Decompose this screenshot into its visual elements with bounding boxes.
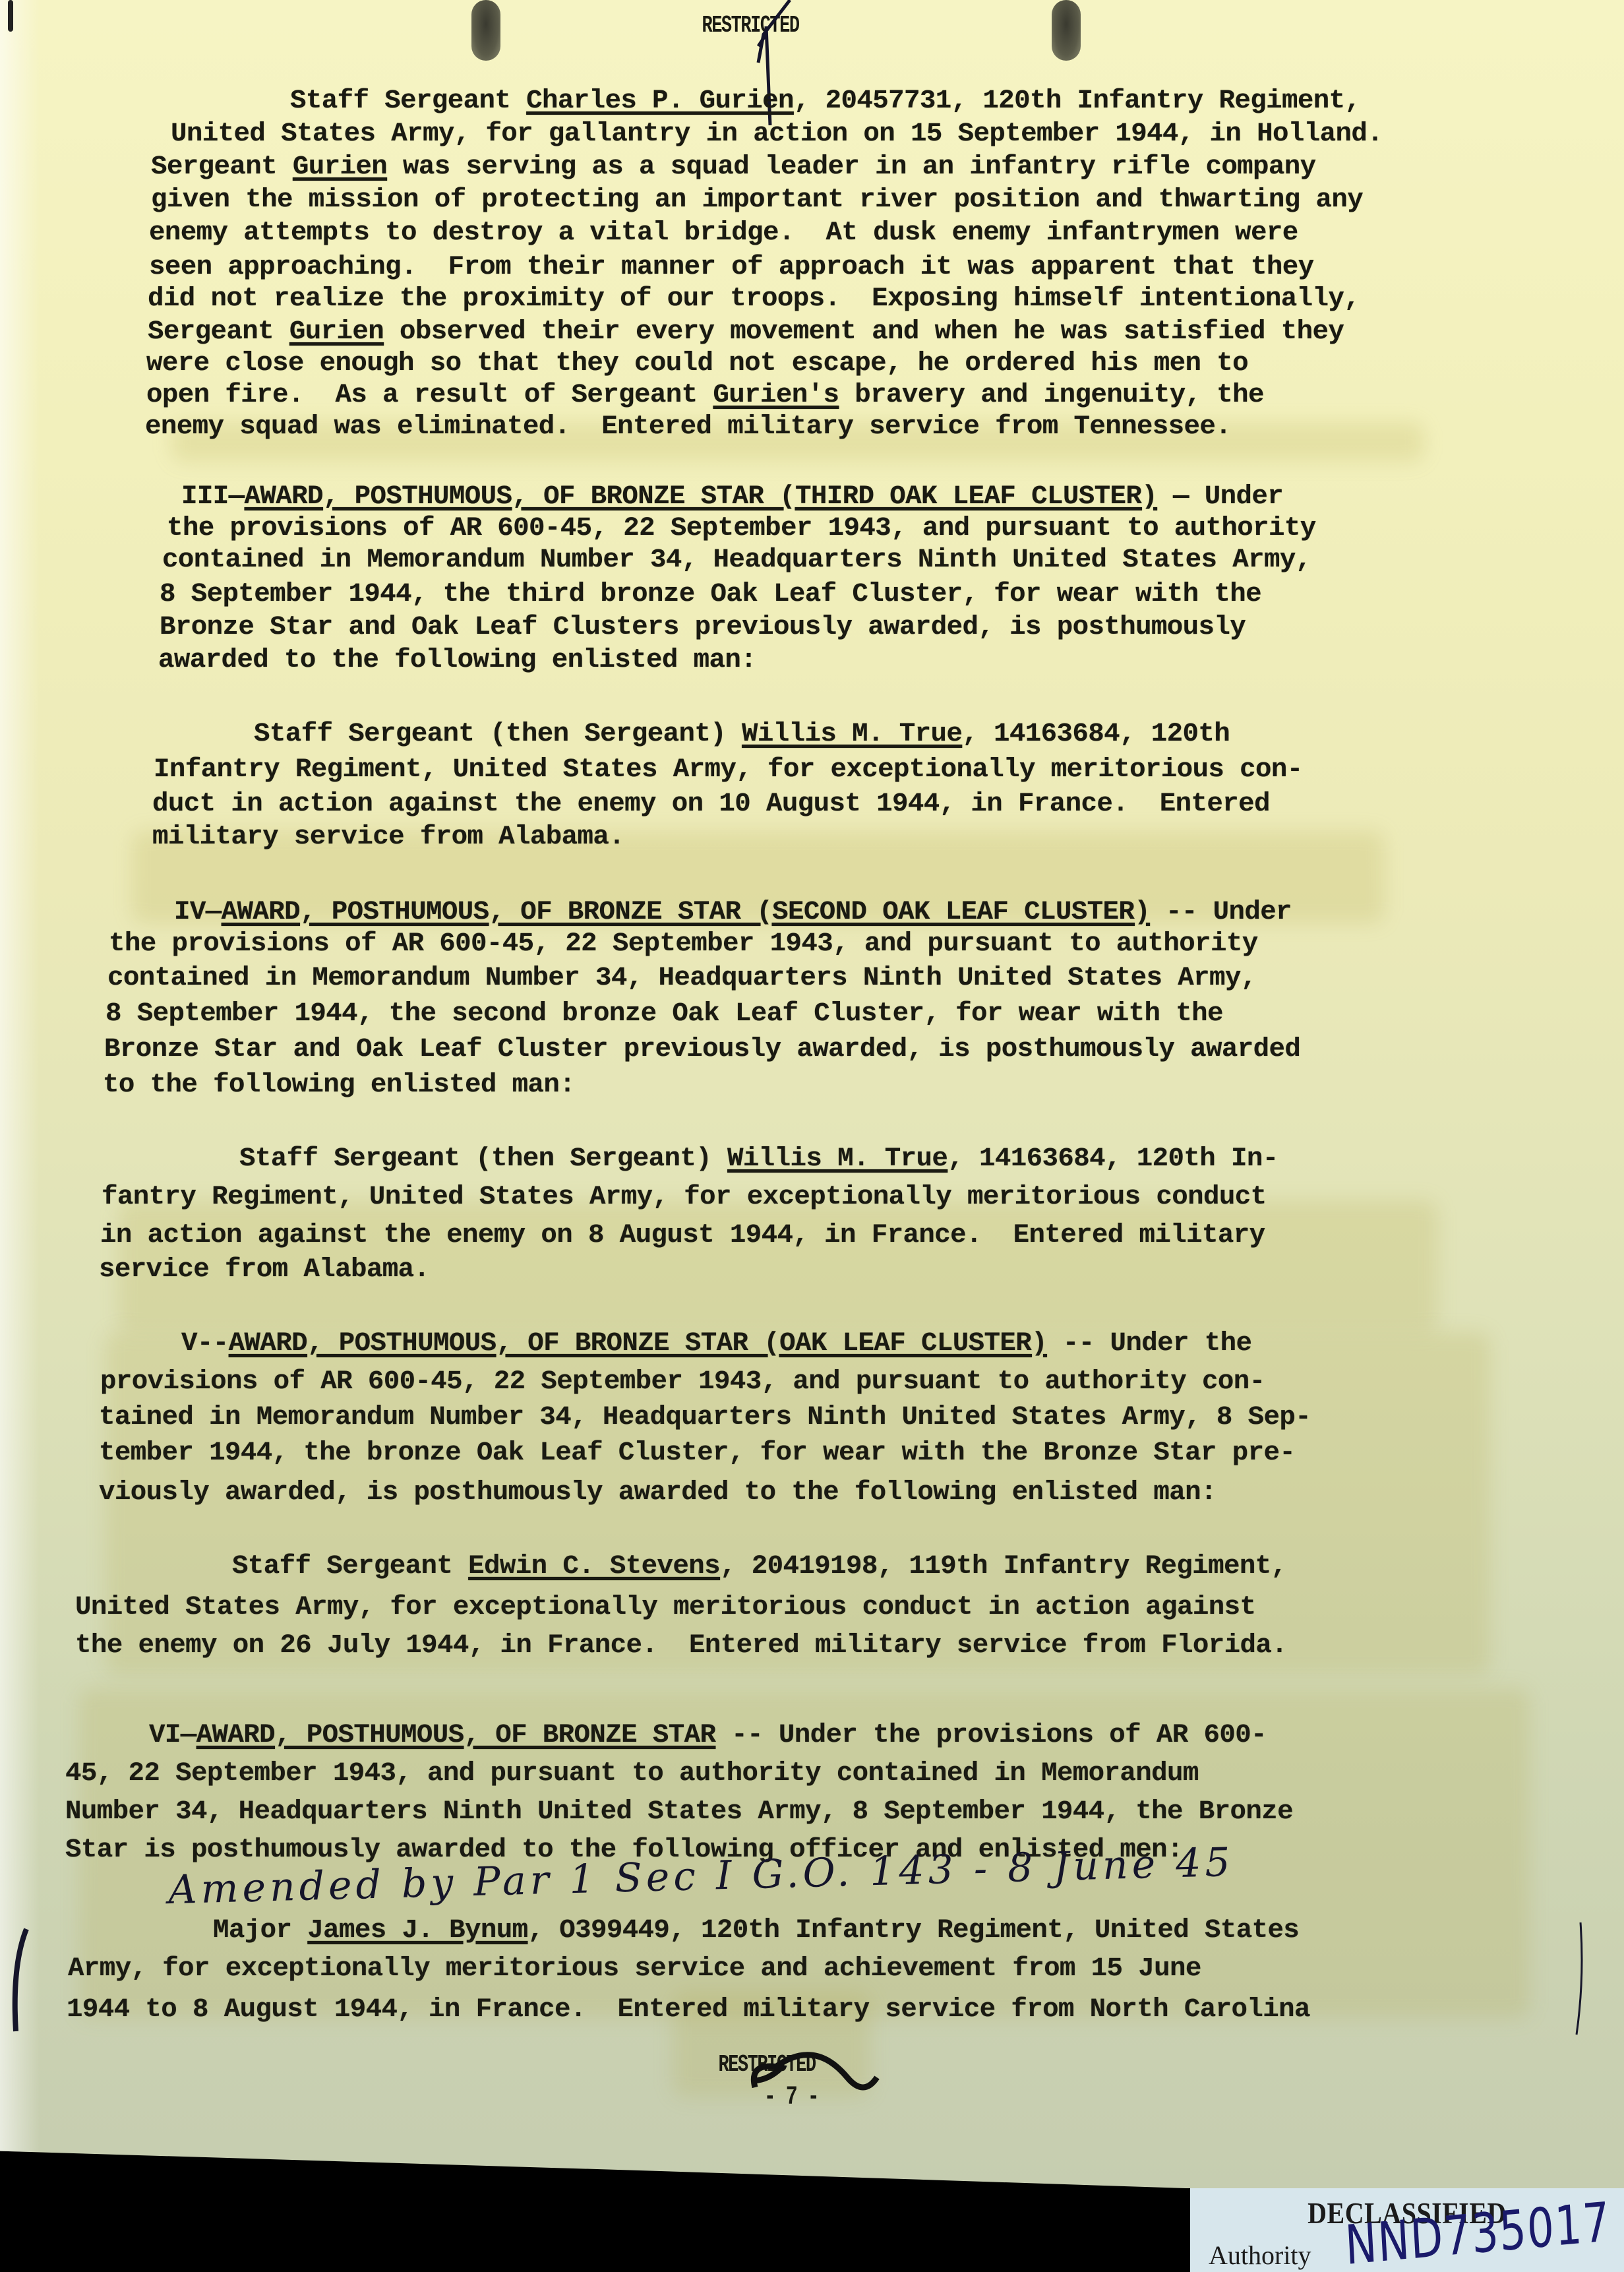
line-text: Sergeant: [148, 317, 289, 347]
line-text: provisions of AR 600-45, 22 September 19…: [100, 1367, 1265, 1397]
underlined-text: AWARD, POSTHUMOUS, OF BRONZE STAR (SECON…: [222, 898, 1150, 927]
underlined-text: AWARD, POSTHUMOUS, OF BRONZE STAR: [196, 1721, 716, 1750]
line-text: contained in Memorandum Number 34, Headq…: [162, 545, 1311, 575]
bracket-right-icon: [1573, 1919, 1592, 2038]
typed-line: to the following enlisted man:: [103, 1070, 575, 1101]
line-text: fantry Regiment, United States Army, for…: [102, 1182, 1267, 1212]
typed-line: seen approaching. From their manner of a…: [149, 252, 1314, 284]
line-text: , O399449, 120th Infantry Regiment, Unit…: [527, 1916, 1299, 1946]
line-text: III—: [181, 482, 244, 512]
line-text: to the following enlisted man:: [103, 1070, 575, 1100]
typed-line: tained in Memorandum Number 34, Headquar…: [99, 1402, 1311, 1434]
typed-line: Staff Sergeant Edwin C. Stevens, 2041919…: [232, 1551, 1286, 1583]
typed-line: enemy attempts to destroy a vital bridge…: [149, 218, 1298, 249]
line-text: 8 September 1944, the second bronze Oak …: [105, 999, 1223, 1029]
typed-line: were close enough so that they could not…: [146, 348, 1248, 380]
line-text: -- Under: [1150, 898, 1292, 927]
line-text: Staff Sergeant: [290, 86, 526, 116]
typed-line: 8 September 1944, the third bronze Oak L…: [160, 579, 1261, 611]
typed-line: 45, 22 September 1943, and pursuant to a…: [65, 1758, 1199, 1790]
typed-line: Number 34, Headquarters Ninth United Sta…: [65, 1796, 1293, 1828]
typed-line: 8 September 1944, the second bronze Oak …: [105, 998, 1223, 1030]
typed-line: the provisions of AR 600-45, 22 Septembe…: [109, 929, 1258, 960]
line-text: IV—: [174, 898, 222, 927]
line-text: was serving as a squad leader in an infa…: [387, 152, 1315, 182]
line-text: military service from Alabama.: [152, 822, 624, 852]
line-text: contained in Memorandum Number 34, Headq…: [107, 964, 1257, 993]
line-text: VI—: [149, 1721, 196, 1750]
line-text: the provisions of AR 600-45, 22 Septembe…: [109, 929, 1258, 959]
typed-line: military service from Alabama.: [152, 822, 624, 853]
typed-line: service from Alabama.: [99, 1254, 429, 1286]
line-text: Army, for exceptionally meritorious serv…: [68, 1954, 1201, 1984]
page-edge-highlight: [0, 0, 40, 2188]
declassified-stamp: DECLASSIFIED Authority NND735017: [1190, 2188, 1624, 2272]
typed-line: III—AWARD, POSTHUMOUS, OF BRONZE STAR (T…: [181, 481, 1283, 513]
typed-line: Bronze Star and Oak Leaf Cluster previou…: [104, 1034, 1300, 1066]
underlined-text: AWARD, POSTHUMOUS, OF BRONZE STAR (THIRD…: [244, 482, 1157, 512]
typed-line: VI—AWARD, POSTHUMOUS, OF BRONZE STAR -- …: [149, 1720, 1267, 1752]
typed-line: open fire. As a result of Sergeant Gurie…: [146, 380, 1264, 412]
typed-line: fantry Regiment, United States Army, for…: [102, 1182, 1267, 1213]
line-text: awarded to the following enlisted man:: [158, 646, 756, 675]
line-text: Staff Sergeant (then Sergeant): [239, 1144, 727, 1174]
margin-mark: [8, 0, 13, 32]
typed-line: tember 1944, the bronze Oak Leaf Cluster…: [99, 1438, 1295, 1469]
line-text: duct in action against the enemy on 10 A…: [152, 789, 1270, 819]
typed-line: contained in Memorandum Number 34, Headq…: [162, 545, 1311, 576]
line-text: Number 34, Headquarters Ninth United Sta…: [65, 1797, 1293, 1827]
line-text: -- Under the: [1047, 1329, 1251, 1359]
line-text: Infantry Regiment, United States Army, f…: [154, 755, 1303, 785]
typed-line: the enemy on 26 July 1944, in France. En…: [75, 1630, 1287, 1662]
line-text: 45, 22 September 1943, and pursuant to a…: [65, 1759, 1199, 1789]
line-text: given the mission of protecting an impor…: [151, 185, 1363, 215]
typed-line: did not realize the proximity of our tro…: [148, 284, 1360, 315]
typed-line: viously awarded, is posthumously awarded…: [99, 1477, 1217, 1509]
typed-line: Army, for exceptionally meritorious serv…: [68, 1953, 1201, 1985]
line-text: observed their every movement and when h…: [384, 317, 1344, 347]
typed-line: 1944 to 8 August 1944, in France. Entere…: [67, 1994, 1310, 2026]
line-text: service from Alabama.: [99, 1255, 429, 1285]
typed-line: IV—AWARD, POSTHUMOUS, OF BRONZE STAR (SE…: [174, 897, 1292, 929]
page-number: - 7 -: [764, 2083, 819, 2112]
line-text: tember 1944, the bronze Oak Leaf Cluster…: [99, 1438, 1295, 1468]
punch-hole: [471, 0, 500, 61]
typed-line: given the mission of protecting an impor…: [151, 185, 1363, 216]
underlined-text: Gurien's: [713, 381, 839, 410]
line-text: the enemy on 26 July 1944, in France. En…: [75, 1631, 1287, 1661]
underlined-text: Gurien: [289, 317, 384, 347]
typed-line: Bronze Star and Oak Leaf Clusters previo…: [160, 612, 1246, 644]
typed-line: V--AWARD, POSTHUMOUS, OF BRONZE STAR (OA…: [181, 1328, 1251, 1360]
typed-line: United States Army, for exceptionally me…: [75, 1592, 1255, 1624]
typed-line: provisions of AR 600-45, 22 September 19…: [100, 1366, 1265, 1398]
line-text: United States Army, for exceptionally me…: [75, 1593, 1255, 1622]
line-text: the provisions of AR 600-45, 22 Septembe…: [167, 514, 1316, 543]
line-text: viously awarded, is posthumously awarded…: [99, 1478, 1217, 1508]
line-text: enemy attempts to destroy a vital bridge…: [149, 218, 1298, 248]
line-text: United States Army, for gallantry in act…: [171, 119, 1383, 149]
line-text: , 14163684, 120th: [962, 720, 1230, 749]
typed-line: United States Army, for gallantry in act…: [171, 119, 1383, 150]
typed-line: Infantry Regiment, United States Army, f…: [154, 754, 1303, 786]
line-text: , 20457731, 120th Infantry Regiment,: [794, 86, 1360, 116]
line-text: enemy squad was eliminated. Entered mili…: [145, 412, 1231, 442]
typed-line: Staff Sergeant (then Sergeant) Willis M.…: [239, 1144, 1278, 1175]
document-page: RESTRICTED Staff Sergeant Charles P. Gur…: [0, 0, 1624, 2188]
stamp-authority-label: Authority: [1209, 2240, 1311, 2271]
underlined-text: Gurien: [293, 152, 387, 182]
line-text: tained in Memorandum Number 34, Headquar…: [99, 1403, 1311, 1432]
punch-hole: [1052, 0, 1081, 61]
typed-line: awarded to the following enlisted man:: [158, 645, 756, 677]
line-text: Bronze Star and Oak Leaf Clusters previo…: [160, 613, 1246, 642]
line-text: Staff Sergeant: [232, 1552, 468, 1581]
typed-line: the provisions of AR 600-45, 22 Septembe…: [167, 513, 1316, 545]
typed-line: duct in action against the enemy on 10 A…: [152, 789, 1270, 820]
typed-line: Sergeant Gurien was serving as a squad l…: [151, 152, 1316, 183]
underlined-text: Charles P. Gurien: [526, 86, 794, 116]
underlined-text: Edwin C. Stevens: [468, 1552, 720, 1581]
line-text: 8 September 1944, the third bronze Oak L…: [160, 580, 1261, 609]
line-text: open fire. As a result of Sergeant: [146, 381, 713, 410]
line-text: V--: [181, 1329, 229, 1359]
line-text: Bronze Star and Oak Leaf Cluster previou…: [104, 1035, 1300, 1064]
typed-line: Major James J. Bynum, O399449, 120th Inf…: [213, 1915, 1299, 1947]
underlined-text: James J. Bynum: [307, 1916, 527, 1946]
line-text: Major: [213, 1916, 307, 1946]
line-text: — Under: [1157, 482, 1283, 512]
typed-line: Sergeant Gurien observed their every mov…: [148, 317, 1344, 348]
typed-line: contained in Memorandum Number 34, Headq…: [107, 963, 1257, 995]
bracket-left-icon: [7, 1926, 33, 2038]
underlined-text: Willis M. True: [742, 720, 962, 749]
underlined-text: AWARD, POSTHUMOUS, OF BRONZE STAR (OAK L…: [229, 1329, 1047, 1359]
line-text: 1944 to 8 August 1944, in France. Entere…: [67, 1995, 1310, 2025]
line-text: seen approaching. From their manner of a…: [149, 253, 1314, 282]
typed-line: Staff Sergeant Charles P. Gurien, 204577…: [290, 86, 1360, 117]
line-text: -- Under the provisions of AR 600-: [715, 1721, 1267, 1750]
line-text: , 14163684, 120th In-: [947, 1144, 1278, 1174]
line-text: bravery and ingenuity, the: [839, 381, 1264, 410]
underlined-text: Willis M. True: [727, 1144, 947, 1174]
line-text: , 20419198, 119th Infantry Regiment,: [720, 1552, 1286, 1581]
line-text: did not realize the proximity of our tro…: [148, 284, 1360, 314]
line-text: were close enough so that they could not…: [146, 349, 1248, 379]
typed-line: in action against the enemy on 8 August …: [100, 1220, 1265, 1252]
line-text: Sergeant: [151, 152, 293, 182]
typed-line: Staff Sergeant (then Sergeant) Willis M.…: [254, 719, 1230, 751]
line-text: Staff Sergeant (then Sergeant): [254, 720, 742, 749]
typed-line: enemy squad was eliminated. Entered mili…: [145, 412, 1231, 443]
line-text: in action against the enemy on 8 August …: [100, 1221, 1265, 1250]
